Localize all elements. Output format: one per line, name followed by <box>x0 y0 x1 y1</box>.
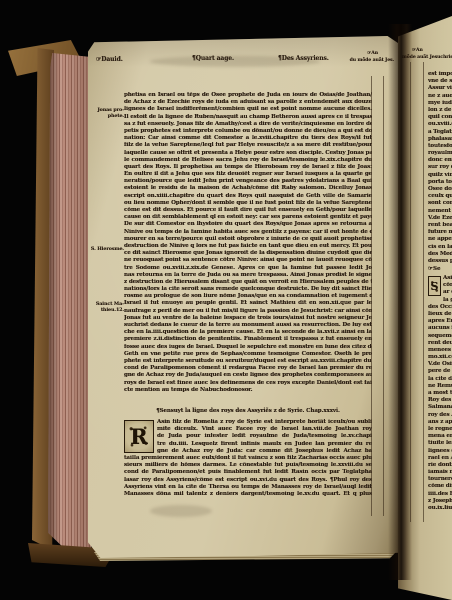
text-line: menees a neg <box>428 347 452 354</box>
text-line: mena en cap <box>428 433 452 440</box>
text-line: tailla premierement auec eulx/dont il fu… <box>124 455 372 462</box>
text-line: petis prophetes est interprete columbe o… <box>124 128 372 135</box>
text-line: cause on dit semblablement ql en estoit … <box>124 214 372 221</box>
column-rule <box>423 62 424 522</box>
text-line: lieux de la cr <box>428 311 452 318</box>
text-line: Manasses dõna mil talentz z deniers darg… <box>124 491 372 498</box>
right-fragment-lines: Asin zcõme iar della grades Occidenlieux… <box>428 275 452 512</box>
text-line: nement est d <box>428 208 452 215</box>
text-line: filz de la vefue Sareptene/leql fut par … <box>124 142 372 149</box>
column-rule <box>383 76 384 516</box>
text-line: ou lieu nomme Opher/dont il semble que i… <box>124 200 372 207</box>
right-running-header-line2: mõde auãt Jesuchrist <box>402 55 452 60</box>
text-line: aucuns fut n <box>428 325 452 332</box>
text-line: ne apperte ou <box>428 236 452 243</box>
text-line: pere de Rom <box>428 368 452 375</box>
text-line: rent beauco <box>428 222 452 229</box>
text-line: des Occiden <box>428 304 452 311</box>
text-line: est imposa sur <box>428 71 452 78</box>
text-line: cõme i <box>443 282 452 289</box>
text-line: cõme dit le <box>428 483 452 490</box>
year-column-header-line1: ☞An <box>326 51 378 56</box>
text-line: premiere z.ii.distinction de penitentiis… <box>124 336 372 343</box>
text-line: suchrist dedans le cueur de la terre au … <box>124 322 372 329</box>
woodcut-initial-S: S <box>428 276 441 296</box>
text-line: z destruction de Hierusalem disant que q… <box>124 279 372 286</box>
text-line: lignees de Is <box>428 448 452 455</box>
year-column-header-line2: du mõde auãt Jes. <box>326 58 394 63</box>
ink-bleed-smudge <box>150 56 320 67</box>
text-line: V.de Ezechi <box>428 215 452 222</box>
column-rule <box>410 62 411 522</box>
margin-note-line: thieu.12. <box>90 308 124 314</box>
text-line: nation: Car ainsi comme dit Comestor a l… <box>124 135 372 142</box>
text-line: roy des Assy <box>428 412 452 419</box>
text-line: rent deux cop <box>428 340 452 347</box>
text-line: royaulme et l <box>428 150 452 157</box>
text-line: Salmanasar <box>428 404 452 411</box>
text-line: cond de Paralipomenon/et puis finablemen… <box>124 469 372 476</box>
text-line: iiii.des Roys <box>428 491 452 498</box>
right-text-fragments-top: est imposa survne de ses ventAssur vint … <box>428 71 452 265</box>
text-line: naufrage z peril de mer ou il fut mis/il… <box>124 308 372 315</box>
text-line: fosse auec des iuges de Israel. Duquel l… <box>124 344 372 351</box>
text-line: ne z auoient p <box>428 93 452 100</box>
ink-bleed-smudge <box>150 505 212 517</box>
text-line: ou.ix.liure <box>428 505 452 512</box>
text-line: Osee dont est <box>428 186 452 193</box>
text-line: lignees de Israel indifferẽment/combien … <box>124 106 372 113</box>
text-line: porta tout Is <box>428 179 452 186</box>
text-line: cõme est dit dessus. Et pource il fault … <box>124 207 372 214</box>
text-line: le commandement de Helisee sacra Jehu ro… <box>124 157 372 164</box>
text-line: sieurs milliers de hõmes darmes. Le cõne… <box>124 462 372 469</box>
text-line: mye iudicans <box>428 100 452 107</box>
right-text-fragments-bottom: S Asin zcõme iar della grades Occidenlie… <box>428 275 452 512</box>
text-line: Il estoit de la lignee de Ruben/nasquit … <box>124 114 372 121</box>
text-line: de Achaz z de Ezechie roys de iuda en ad… <box>124 99 372 106</box>
right-page-sliver: ☞An mõde auãt Jesuchrist est imposa surv… <box>398 16 452 600</box>
text-line: tiuite les dix <box>428 440 452 447</box>
text-line: quil conuersa <box>428 114 452 121</box>
text-line: che en la.iiii.question de la premiere c… <box>124 329 372 336</box>
text-line: cte mention au temps de Nabuchodonosor. <box>124 387 372 394</box>
text-line: cis en la cite d <box>428 244 452 251</box>
text-line: Assur vint au <box>428 85 452 92</box>
text-line: sur roy des A <box>428 164 452 171</box>
text-line: quilz vint cou <box>428 172 452 179</box>
text-line: sequemẽt N <box>428 333 452 340</box>
text-line: roys de Israel est finee auec les define… <box>124 380 372 387</box>
text-line: nas retourna en la terre de Juda ou sa m… <box>124 272 372 279</box>
text-line: sa z fut enseuely. Jonas filz de Amathy/… <box>124 121 372 128</box>
text-line: Israel il fut enuoye au peuple gentil. E… <box>124 300 372 307</box>
text-line: Jonas fut au ventre de la baleine lespac… <box>124 315 372 322</box>
text-line: neration/pource que ledit Jehu print ven… <box>124 178 372 185</box>
margin-note-jonas: Jonas pro-phete. <box>90 108 124 120</box>
text-line: de Juda pour infester ledit royaulme de … <box>157 433 372 440</box>
text-line: ne Remulian <box>428 383 452 390</box>
text-line: a most tous l <box>428 390 452 397</box>
text-line: la gra <box>443 297 452 304</box>
book-fore-edge-pages <box>48 53 91 550</box>
text-line: la cite de Vil <box>428 376 452 383</box>
text-line: le regne de <box>428 426 452 433</box>
text-line: destruction de Ninive q lors ne fut pas … <box>124 243 372 250</box>
text-line: future mala <box>428 229 452 236</box>
text-line: rie dont onq <box>428 462 452 469</box>
text-line: ar del <box>443 289 452 296</box>
right-running-header-line1: ☞An <box>412 48 423 53</box>
text-line: lon z de Steph <box>428 107 452 114</box>
text-line: sont contre D <box>428 200 452 207</box>
text-line: lasar roy des Assyriens/cõme est escript… <box>124 477 372 484</box>
text-line: dessus parle s <box>428 258 452 265</box>
text-line: escript on.xiiii.chapitre du quart des R… <box>124 193 372 200</box>
text-line: mo.xii.cop <box>428 354 452 361</box>
text-line: vne de ses vent <box>428 78 452 85</box>
section-heading: ¶Sensuyt la ligne des roys des Assyriẽs … <box>124 408 372 414</box>
text-line: ou.xviii.du <box>428 121 452 128</box>
chapter-lines: Asin filz de Romelia z roy de Syrie est … <box>124 419 372 498</box>
text-line: z Josephus <box>428 498 452 505</box>
text-line: estoient le residu de la maison de Achab… <box>124 185 372 192</box>
text-line: ceulx qui fem <box>428 193 452 200</box>
text-line: ce dit sainct Hierosme que Jonas ignoroi… <box>124 250 372 257</box>
text-line: Assyriens vint en la cite de Thersa ou t… <box>124 484 372 491</box>
column-rule <box>371 76 372 516</box>
text-line: phetisa en Israel ou tẽps de Osee prophe… <box>124 92 372 99</box>
text-line: gne de Achaz roy de Juda/auquel en ceste… <box>124 372 372 379</box>
text-line: iamais ne re <box>428 469 452 476</box>
woodcut-initial-R: R <box>124 420 154 453</box>
chapter-text-block: R Asin filz de Romelia z roy de Syrie es… <box>124 419 372 498</box>
text-line: rosme au prologue de son liure nõme Jona… <box>124 293 372 300</box>
text-line: Asin filz de Romelia z roy de Syrie est … <box>157 419 372 426</box>
text-line: cond de Paralipomenon cõment il redargua… <box>124 365 372 372</box>
text-line: rael en Assy <box>428 455 452 462</box>
text-line: gne de Achaz roy de Juda: car comme dit … <box>157 448 372 455</box>
margin-note-hierosme: S. Hierosme. <box>90 247 124 253</box>
text-line: des Medes z <box>428 251 452 258</box>
text-line: toutesfois ap <box>428 143 452 150</box>
text-line: mite diceulx. Vint auec Facee roy de Isr… <box>157 426 372 433</box>
body-text-block: phetisa en Israel ou tẽps de Osee prophe… <box>124 92 372 394</box>
text-line: tre Sodome ou.xviii.z.xix.de Genese. Apr… <box>124 265 372 272</box>
text-line: tournerent <box>428 476 452 483</box>
text-line: Roy des Assi <box>428 397 452 404</box>
book-photo-scene: ☞Dauid. ¶Quart aage. ¶Des Assyriens. ☞An… <box>0 0 452 600</box>
left-page: ☞Dauid. ¶Quart aage. ¶Des Assyriens. ☞An… <box>88 36 400 558</box>
text-line: tre du.iiii. Lesquelz firent infinis mau… <box>157 441 372 448</box>
text-line: ne reuoquast point sa sentence cõtre Nin… <box>124 257 372 264</box>
text-line: Ninive ou temps de la famine habita auec… <box>124 229 372 236</box>
running-header-left: ☞Dauid. <box>96 56 123 63</box>
text-line: mourer en sa terre/pource quil estoit ob… <box>124 236 372 243</box>
text-line: laquelle cause se offrit et presenta a H… <box>124 150 372 157</box>
right-section-heading-fragment: ☞Se <box>428 266 441 272</box>
text-line: nations/lors la cite seroit sans remede … <box>124 286 372 293</box>
text-line: quart des Roys. Il prophetisa au temps d… <box>124 164 372 171</box>
text-line: a Teglatpha <box>428 129 452 136</box>
margin-note-line: S. Hierosme. <box>90 247 124 253</box>
text-line: ans z apres <box>428 419 452 426</box>
text-line: apres Euer <box>428 318 452 325</box>
text-line: donc enuoye <box>428 157 452 164</box>
text-line: Asin z <box>443 275 452 282</box>
text-line: De sur dit Comestor en lhystoire du quar… <box>124 221 372 228</box>
text-line: V.de Osius <box>428 361 452 368</box>
margin-note-line: phete. <box>90 114 124 120</box>
text-line: phete est interprete seruitude ou seruit… <box>124 358 372 365</box>
text-line: phalasar vint <box>428 136 452 143</box>
text-line: Geth en vne petite rue pres de Sephas/co… <box>124 351 372 358</box>
margin-note-mathieu: Sainct Ma-thieu.12. <box>90 302 124 314</box>
text-line: En oultre il dit a Jehu que ses filz deu… <box>124 171 372 178</box>
